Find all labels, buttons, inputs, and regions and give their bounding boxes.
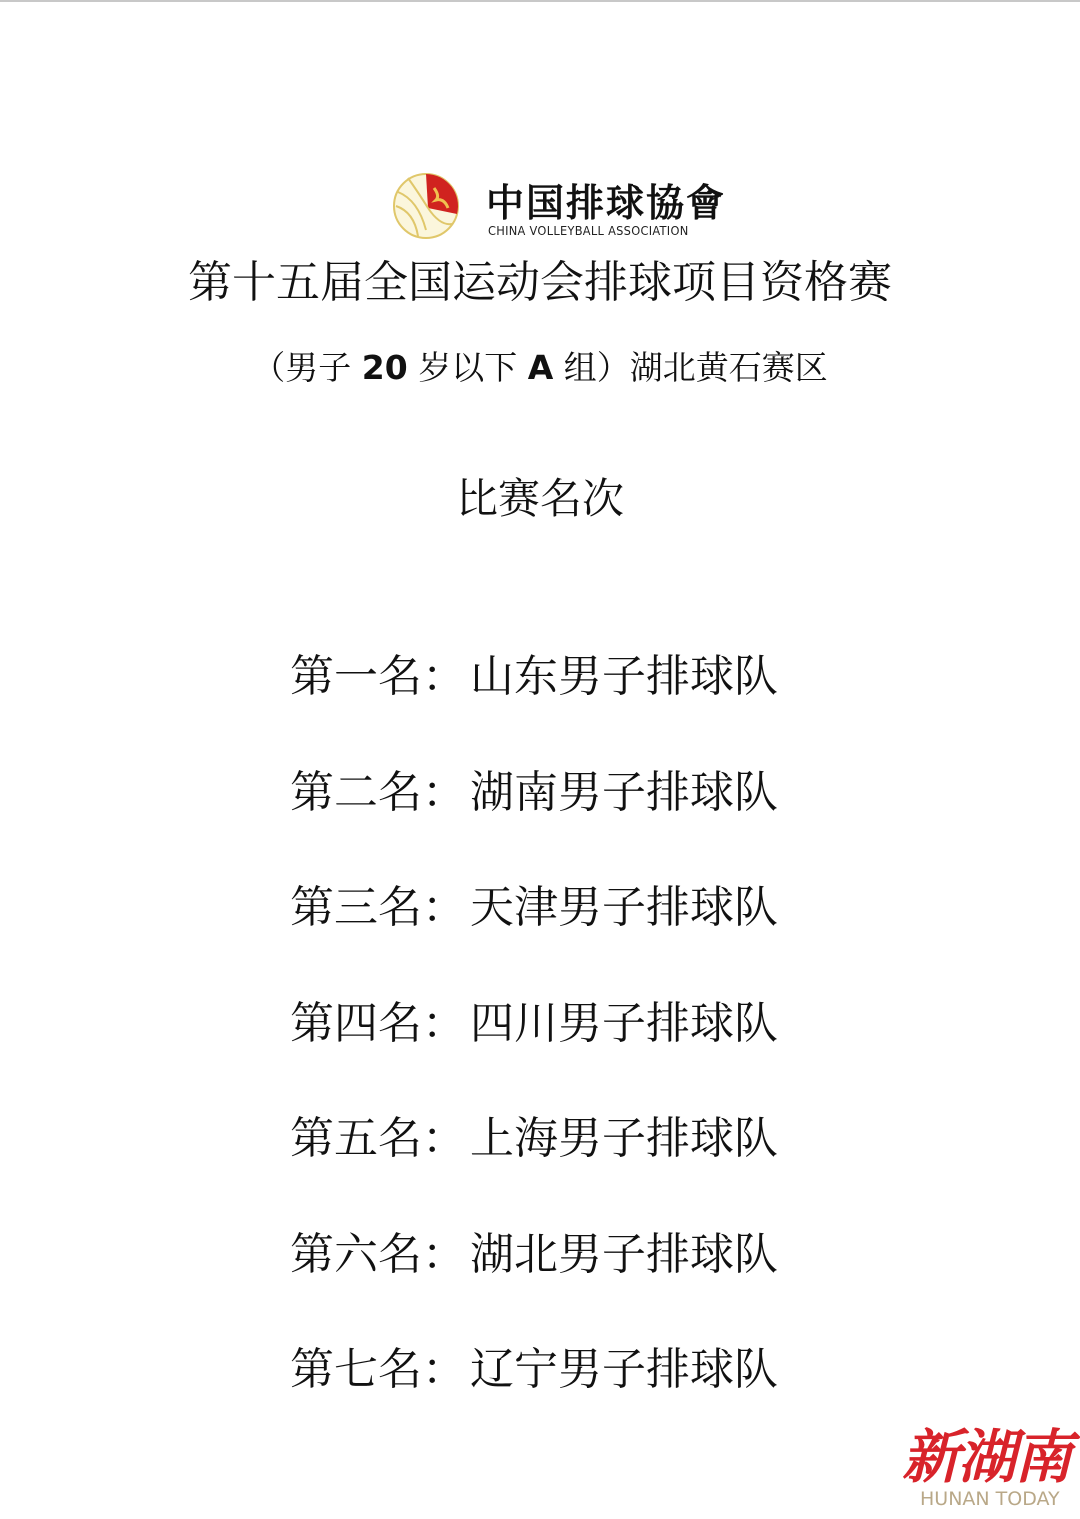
rank-label: 第四名： <box>290 987 470 1051</box>
ranking-row: 第三名： 天津男子排球队 <box>290 871 810 987</box>
ranking-row: 第一名： 山东男子排球队 <box>290 640 810 756</box>
ranking-row: 第六名： 湖北男子排球队 <box>290 1218 810 1334</box>
team-name: 辽宁男子排球队 <box>470 1333 778 1397</box>
team-name: 天津男子排球队 <box>470 871 778 935</box>
rank-label: 第一名： <box>290 640 470 704</box>
ranking-row: 第二名： 湖南男子排球队 <box>290 756 810 872</box>
rankings-heading: 比赛名次 <box>0 466 1080 526</box>
rank-label: 第六名： <box>290 1218 470 1282</box>
rank-label: 第七名： <box>290 1333 470 1397</box>
team-name: 湖南男子排球队 <box>470 756 778 820</box>
logo-english-name: CHINA VOLLEYBALL ASSOCIATION <box>488 224 689 238</box>
china-volleyball-association-logo: 中国排球協會 CHINA VOLLEYBALL ASSOCIATION <box>388 168 688 242</box>
watermark-chinese-name: 新湖南 <box>902 1410 1070 1494</box>
document-subtitle: （男子 20 岁以下 A 组）湖北黄石赛区 <box>0 342 1080 389</box>
team-name: 四川男子排球队 <box>470 987 778 1051</box>
subtitle-group: A <box>528 348 554 387</box>
hunan-today-watermark: 新湖南 HUNAN TODAY <box>900 1410 1075 1515</box>
top-border-rule <box>0 0 1080 2</box>
rank-label: 第二名： <box>290 756 470 820</box>
logo-chinese-name: 中国排球協會 <box>486 172 726 227</box>
ranking-row: 第七名： 辽宁男子排球队 <box>290 1333 810 1449</box>
document-title: 第十五届全国运动会排球项目资格赛 <box>0 246 1080 310</box>
team-name: 山东男子排球队 <box>470 640 778 704</box>
ranking-row: 第四名： 四川男子排球队 <box>290 987 810 1103</box>
subtitle-age-suffix: 岁以下 <box>418 348 517 387</box>
subtitle-group-suffix: 组）湖北黄石赛区 <box>564 348 828 387</box>
subtitle-age: 20 <box>362 348 408 387</box>
volleyball-emblem-icon <box>388 170 468 240</box>
watermark-english-name: HUNAN TODAY <box>920 1488 1060 1510</box>
rank-label: 第三名： <box>290 871 470 935</box>
team-name: 湖北男子排球队 <box>470 1218 778 1282</box>
subtitle-open: （男子 <box>252 348 351 387</box>
ranking-row: 第五名： 上海男子排球队 <box>290 1102 810 1218</box>
team-name: 上海男子排球队 <box>470 1102 778 1166</box>
rank-label: 第五名： <box>290 1102 470 1166</box>
rankings-list: 第一名： 山东男子排球队 第二名： 湖南男子排球队 第三名： 天津男子排球队 第… <box>290 640 810 1449</box>
